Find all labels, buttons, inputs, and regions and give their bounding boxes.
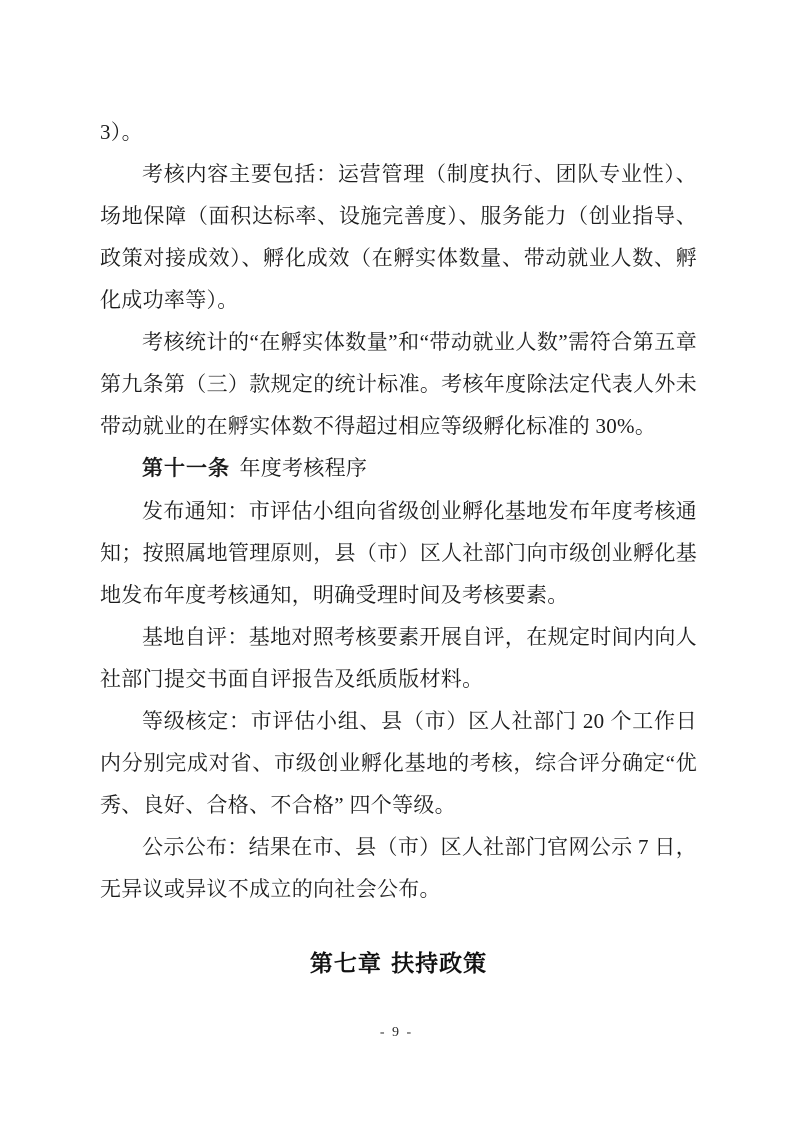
article-line: 第十一条年度考核程序 bbox=[100, 447, 697, 490]
paragraph-self-assessment: 基地自评：基地对照考核要素开展自评，在规定时间内向人社部门提交书面自评报告及纸质… bbox=[100, 616, 697, 700]
document-page: 3）。 考核内容主要包括：运营管理（制度执行、团队专业性）、场地保障（面积达标率… bbox=[0, 0, 793, 1122]
document-body: 3）。 考核内容主要包括：运营管理（制度执行、团队专业性）、场地保障（面积达标率… bbox=[100, 111, 697, 984]
article-title: 年度考核程序 bbox=[239, 456, 367, 480]
continuation-line: 3）。 bbox=[100, 111, 697, 153]
chapter-title: 扶持政策 bbox=[391, 950, 487, 976]
chapter-heading: 第七章扶持政策 bbox=[100, 942, 697, 984]
paragraph-assessment-content: 考核内容主要包括：运营管理（制度执行、团队专业性）、场地保障（面积达标率、设施完… bbox=[100, 153, 697, 321]
chapter-number-label: 第七章 bbox=[310, 950, 382, 976]
article-number-label: 第十一条 bbox=[142, 457, 230, 480]
paragraph-public-announcement: 公示公布：结果在市、县（市）区人社部门官网公示 7 日，无异议或异议不成立的向社… bbox=[100, 826, 697, 910]
paragraph-notice-release: 发布通知：市评估小组向省级创业孵化基地发布年度考核通知；按照属地管理原则，县（市… bbox=[100, 490, 697, 616]
page-number: - 9 - bbox=[0, 1024, 793, 1042]
paragraph-grade-verification: 等级核定：市评估小组、县（市）区人社部门 20 个工作日内分别完成对省、市级创业… bbox=[100, 700, 697, 826]
paragraph-statistics-standard: 考核统计的“在孵实体数量”和“带动就业人数”需符合第五章第九条第（三）款规定的统… bbox=[100, 321, 697, 447]
